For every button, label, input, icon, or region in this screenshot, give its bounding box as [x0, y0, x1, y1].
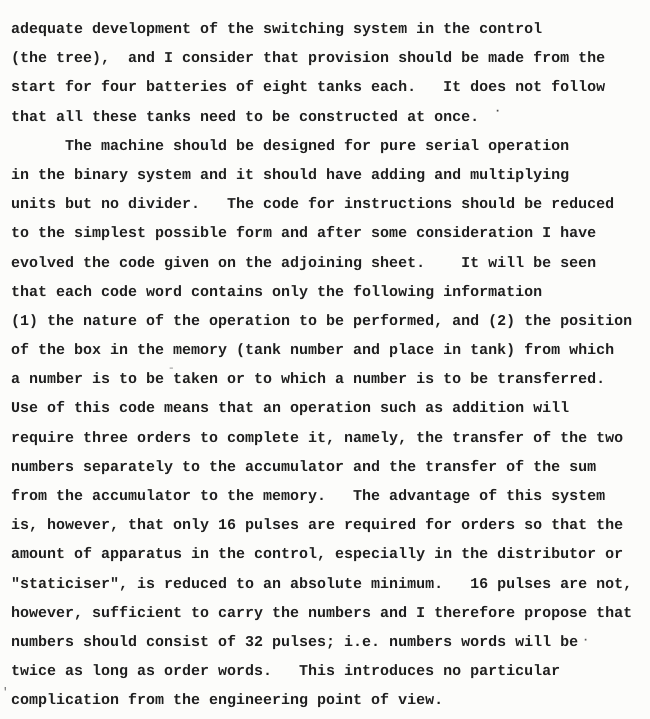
- text-line-19: amount of apparatus in the control, espe…: [11, 540, 650, 569]
- text-line-23: twice as long as order words. This intro…: [11, 657, 650, 686]
- text-line-14: Use of this code means that an operation…: [11, 394, 650, 423]
- scan-artifact-left-margin-tick: ': [2, 688, 9, 699]
- document-page: adequate development of the switching sy…: [0, 0, 650, 719]
- text-line-15: require three orders to complete it, nam…: [11, 424, 650, 453]
- scan-artifact-overline-before-taken: ˉ: [168, 368, 175, 379]
- text-line-12: of the box in the memory (tank number an…: [11, 336, 650, 365]
- text-line-2: (the tree), and I consider that provisio…: [11, 44, 650, 73]
- text-line-22: numbers should consist of 32 pulses; i.e…: [11, 628, 650, 657]
- text-line-16: numbers separately to the accumulator an…: [11, 453, 650, 482]
- text-line-11: (1) the nature of the operation to be pe…: [11, 307, 650, 336]
- text-line-18: is, however, that only 16 pulses are req…: [11, 511, 650, 540]
- text-line-13: a number is to be taken or to which a nu…: [11, 365, 650, 394]
- text-line-8: to the simplest possible form and after …: [11, 219, 650, 248]
- text-line-4: that all these tanks need to be construc…: [11, 103, 650, 132]
- text-line-9: evolved the code given on the adjoining …: [11, 249, 650, 278]
- text-line-21: however, sufficient to carry the numbers…: [11, 599, 650, 628]
- text-line-24: complication from the engineering point …: [11, 686, 650, 715]
- text-line-5: The machine should be designed for pure …: [11, 132, 650, 161]
- text-line-10: that each code word contains only the fo…: [11, 278, 650, 307]
- text-line-6: in the binary system and it should have …: [11, 161, 650, 190]
- text-line-7: units but no divider. The code for instr…: [11, 190, 650, 219]
- scan-artifact-dot-after-will-be: ·: [582, 634, 589, 646]
- text-line-17: from the accumulator to the memory. The …: [11, 482, 650, 511]
- typewritten-text-block: adequate development of the switching sy…: [11, 15, 650, 716]
- text-line-1: adequate development of the switching sy…: [11, 15, 650, 44]
- text-line-3: start for four batteries of eight tanks …: [11, 73, 650, 102]
- text-line-20: "staticiser", is reduced to an absolute …: [11, 570, 650, 599]
- scan-artifact-dot-after-once: ·: [494, 105, 501, 117]
